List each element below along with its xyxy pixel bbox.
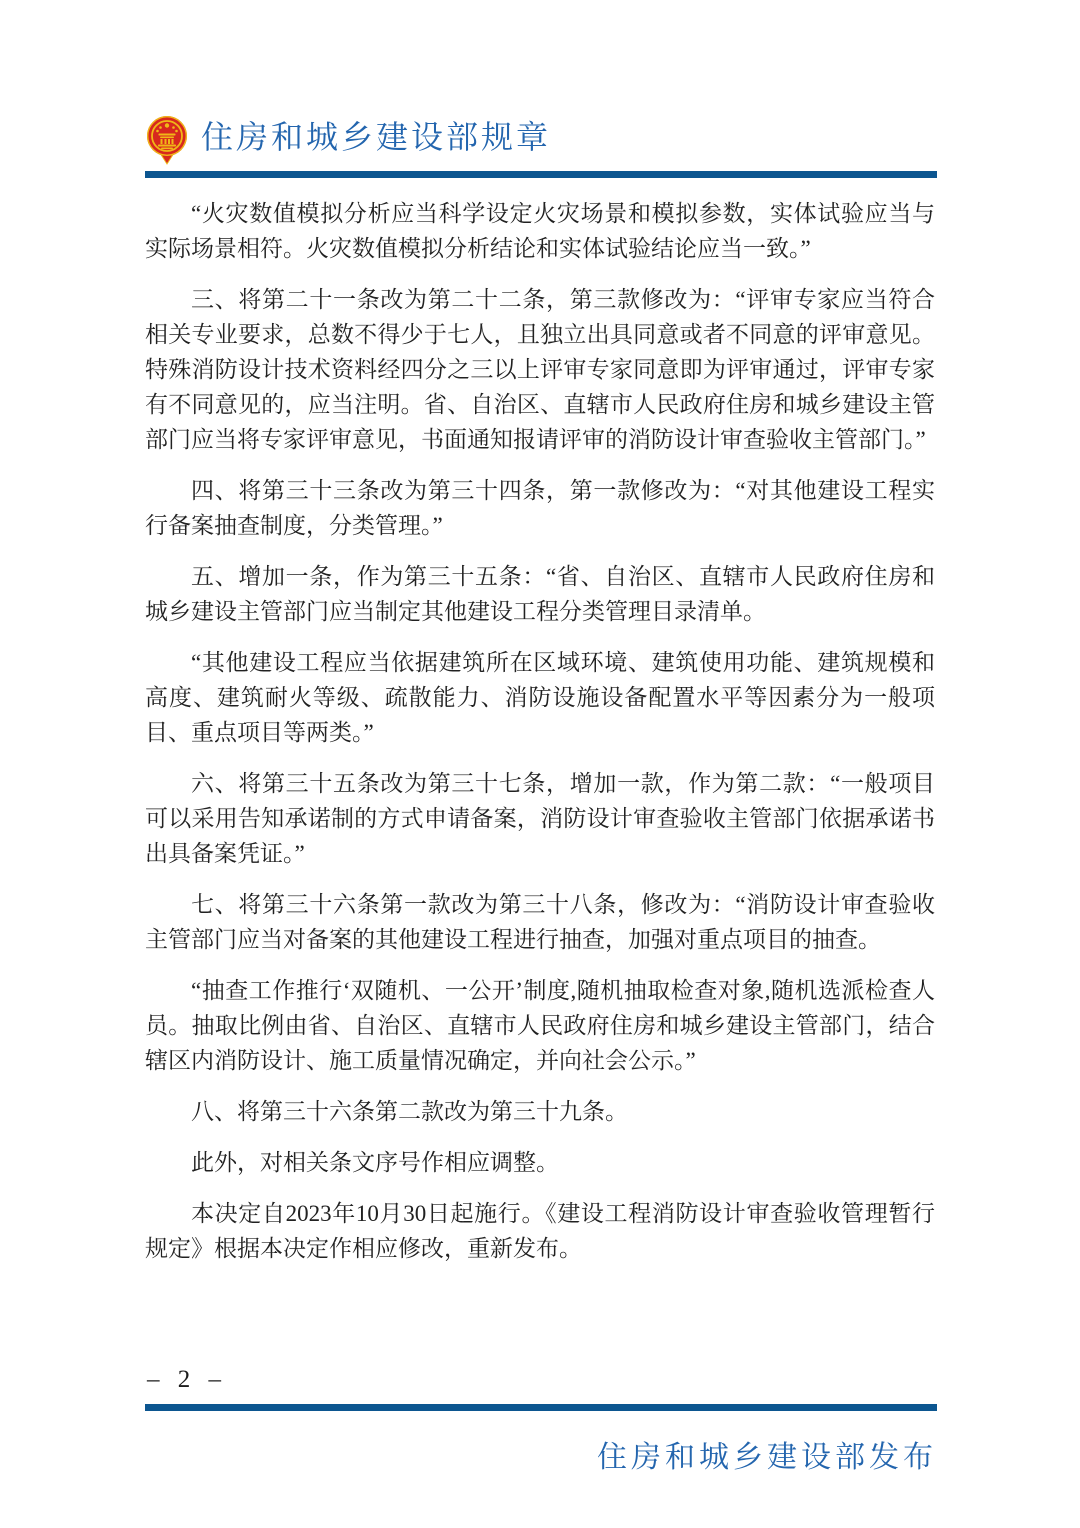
national-emblem-icon [145,115,189,165]
document-page: 住房和城乡建设部规章 “火灾数值模拟分析应当科学设定火灾场景和模拟参数，实体试验… [0,0,1080,1528]
body-paragraph: 四、将第三十三条改为第三十四条，第一款修改为：“对其他建设工程实行备案抽查制度，… [145,473,935,543]
body-paragraph: 三、将第二十一条改为第二十二条，第三款修改为：“评审专家应当符合相关专业要求，总… [145,282,935,457]
body-paragraph: 八、将第三十六条第二款改为第三十九条。 [145,1094,935,1129]
page-number: – 2 – [147,1366,227,1394]
body-paragraph: “其他建设工程应当依据建筑所在区域环境、建筑使用功能、建筑规模和高度、建筑耐火等… [145,645,935,750]
body-paragraph: 五、增加一条，作为第三十五条：“省、自治区、直辖市人民政府住房和城乡建设主管部门… [145,559,935,629]
document-header: 住房和城乡建设部规章 [145,114,937,166]
body-paragraph: “火灾数值模拟分析应当科学设定火灾场景和模拟参数，实体试验应当与实际场景相符。火… [145,196,935,266]
footer-divider-line [145,1404,937,1411]
body-paragraph: “抽查工作推行‘双随机、一公开’制度,随机抽取检查对象,随机选派检查人员。抽取比… [145,973,935,1078]
publisher-label: 住房和城乡建设部发布 [597,1432,937,1476]
header-divider-line [145,171,937,178]
document-body: “火灾数值模拟分析应当科学设定火灾场景和模拟参数，实体试验应当与实际场景相符。火… [145,196,935,1266]
document-category-title: 住房和城乡建设部规章 [201,121,551,159]
body-paragraph: 本决定自2023年10月30日起施行。《建设工程消防设计审查验收管理暂行规定》根… [145,1196,935,1266]
body-paragraph: 六、将第三十五条改为第三十七条，增加一款，作为第二款：“一般项目可以采用告知承诺… [145,766,935,871]
body-paragraph: 此外，对相关条文序号作相应调整。 [145,1145,935,1180]
body-paragraph: 七、将第三十六条第一款改为第三十八条，修改为：“消防设计审查验收主管部门应当对备… [145,887,935,957]
